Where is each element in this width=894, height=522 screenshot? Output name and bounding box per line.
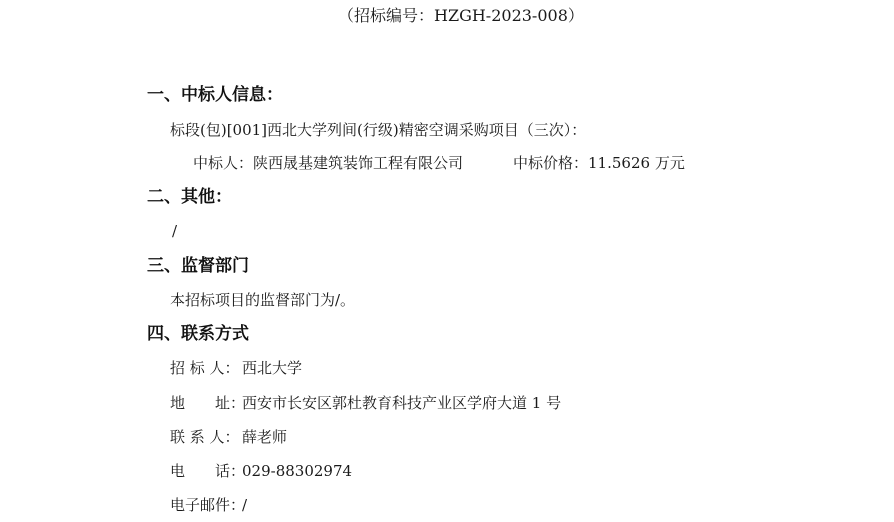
section-heading-winner-info: 一、中标人信息： <box>147 85 283 105</box>
contact-row-address: 地 址：西安市长安区郭杜教育科技产业区学府大道 1 号 <box>170 393 561 413</box>
winner-label: 中标人： <box>193 154 253 172</box>
contact-key: 招 标 人： <box>170 358 242 378</box>
contact-row-person: 联 系 人：薛老师 <box>170 427 287 447</box>
other-body: / <box>172 221 177 241</box>
contact-value: 西北大学 <box>242 359 302 377</box>
contact-key: 电子邮件： <box>170 495 242 515</box>
price-info: 中标价格：11.5626 万元 <box>513 153 685 173</box>
section-heading-contact: 四、联系方式 <box>147 324 249 344</box>
winner-value: 陕西晟基建筑装饰工程有限公司 <box>253 154 463 172</box>
contact-value: 西安市长安区郭杜教育科技产业区学府大道 1 号 <box>242 394 561 412</box>
price-value: 11.5626 万元 <box>588 154 685 172</box>
contact-key: 联 系 人： <box>170 427 242 447</box>
contact-value: 029-88302974 <box>242 462 352 480</box>
contact-row-email: 电子邮件：/ <box>170 495 247 515</box>
contact-value: 薛老师 <box>242 428 287 446</box>
lot-description: 标段(包)[001]西北大学列间(行级)精密空调采购项目（三次）： <box>170 120 586 140</box>
bid-number: （招标编号：HZGH-2023-008） <box>338 6 584 26</box>
price-label: 中标价格： <box>513 154 588 172</box>
contact-key: 电 话： <box>170 461 242 481</box>
contact-value: / <box>242 496 247 514</box>
supervision-body: 本招标项目的监督部门为/。 <box>170 290 355 310</box>
winner-info: 中标人：陕西晟基建筑装饰工程有限公司 <box>193 153 463 173</box>
contact-row-tenderer: 招 标 人：西北大学 <box>170 358 302 378</box>
contact-row-phone: 电 话：029-88302974 <box>170 461 352 481</box>
contact-key: 地 址： <box>170 393 242 413</box>
section-heading-other: 二、其他： <box>147 187 232 207</box>
section-heading-supervision: 三、监督部门 <box>147 256 249 276</box>
